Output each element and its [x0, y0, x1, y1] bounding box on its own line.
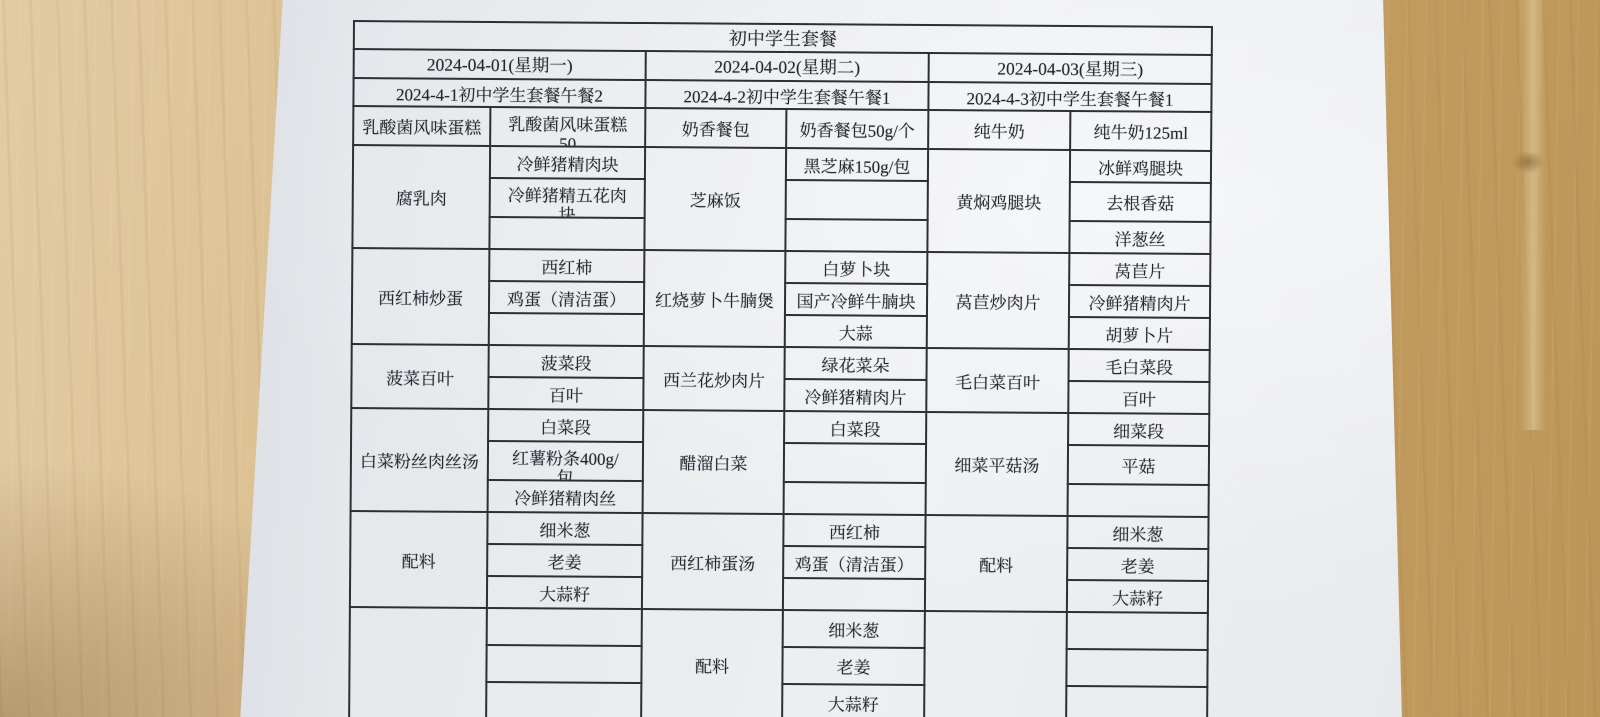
ingredient-cell: 冷鲜猪精肉片	[784, 379, 926, 412]
ingredient-cell: 细米葱	[783, 610, 925, 648]
ingredient-cell	[784, 482, 926, 515]
ingredient-cell: 绿花菜朵	[785, 347, 927, 380]
ingredient-cell: 乳酸菌风味蛋糕 50	[490, 107, 645, 147]
dish-name-cell: 醋溜白菜	[643, 410, 785, 514]
student-meal-menu-table: 初中学生套餐 2024-04-01(星期一) 2024-04-02(星期二) 2…	[348, 20, 1213, 717]
dish-name-cell: 配料	[925, 515, 1068, 612]
wood-knot	[1513, 152, 1543, 172]
ingredient-cell: 国产冷鲜牛腩块	[785, 283, 927, 316]
ingredient-cell: 胡萝卜片	[1069, 317, 1210, 350]
dish-name-cell: 白菜粉丝肉丝汤	[351, 408, 489, 512]
ingredient-cell: 大蒜	[785, 315, 927, 348]
dish-name-cell: 腐乳肉	[352, 145, 490, 249]
ingredient-cell	[486, 682, 641, 717]
day2-date-header: 2024-04-02(星期二)	[646, 51, 929, 82]
ingredient-cell: 平菇	[1068, 445, 1209, 485]
dish-name-cell	[349, 607, 487, 717]
ingredient-cell	[784, 443, 926, 483]
ingredient-cell	[785, 219, 927, 252]
ingredient-cell	[486, 645, 641, 683]
ingredient-cell: 百叶	[488, 377, 643, 410]
dish-name-cell: 菠菜百叶	[351, 344, 488, 409]
ingredient-cell: 老姜	[782, 647, 924, 685]
ingredient-cell: 鸡蛋（清洁蛋）	[783, 546, 925, 579]
dish-name-cell: 细菜平菇汤	[926, 412, 1069, 516]
ingredient-cell: 白萝卜块	[785, 251, 927, 284]
dish-name-cell: 奶香餐包	[645, 108, 786, 148]
ingredient-cell	[1066, 649, 1207, 687]
ingredient-cell	[786, 180, 928, 220]
ingredient-cell: 细米葱	[1067, 516, 1208, 549]
ingredient-cell: 冷鲜猪精肉片	[1069, 285, 1210, 318]
day1-date-header: 2024-04-01(星期一)	[354, 49, 646, 80]
ingredient-cell	[783, 578, 925, 611]
ingredient-cell	[489, 313, 644, 346]
ingredient-cell: 大蒜籽	[782, 684, 924, 717]
day3-date-header: 2024-04-03(星期三)	[929, 53, 1212, 84]
ingredient-cell	[1068, 484, 1209, 517]
dish-name-cell: 莴苣炒肉片	[927, 252, 1070, 349]
dish-name-cell: 西红柿蛋汤	[642, 513, 784, 610]
dish-name-cell: 黄焖鸡腿块	[927, 149, 1070, 253]
dish-name-cell: 毛白菜百叶	[926, 348, 1068, 413]
ingredient-cell: 老姜	[487, 544, 642, 577]
ingredient-cell: 细米葱	[487, 512, 642, 545]
dish-name-cell: 纯牛奶	[928, 110, 1070, 150]
dish-name-cell: 红烧萝卜牛腩煲	[644, 250, 786, 347]
day1-meal-subtitle: 2024-4-1初中学生套餐午餐2	[353, 78, 645, 108]
ingredient-cell: 黑芝麻150g/包	[786, 148, 928, 181]
day3-meal-subtitle: 2024-4-3初中学生套餐午餐1	[928, 82, 1211, 112]
ingredient-cell: 毛白菜段	[1068, 349, 1209, 382]
dish-name-cell: 西兰花炒肉片	[643, 346, 784, 411]
ingredient-cell: 细菜段	[1068, 413, 1209, 446]
ingredient-cell: 奶香餐包50g/个	[786, 109, 928, 149]
menu-table-container: 初中学生套餐 2024-04-01(星期一) 2024-04-02(星期二) 2…	[348, 20, 1213, 717]
ingredient-cell	[489, 217, 644, 250]
dish-name-cell	[924, 611, 1067, 717]
ingredient-cell: 大蒜籽	[487, 576, 642, 609]
ingredient-cell: 菠菜段	[489, 345, 644, 378]
ingredient-cell: 西红柿	[489, 249, 644, 282]
ingredient-cell: 冷鲜猪精肉块	[490, 146, 645, 179]
ingredient-cell: 鸡蛋（清洁蛋）	[489, 281, 644, 314]
dish-name-cell: 西红柿炒蛋	[352, 248, 490, 345]
dish-name-cell: 芝麻饭	[644, 147, 786, 251]
ingredient-cell: 冷鲜猪精肉丝	[488, 480, 643, 513]
ingredient-cell: 大蒜籽	[1067, 580, 1208, 613]
dish-name-cell: 乳酸菌风味蛋糕	[353, 106, 490, 146]
ingredient-cell: 洋葱丝	[1069, 221, 1210, 254]
ingredient-cell: 纯牛奶125ml	[1070, 111, 1211, 151]
ingredient-cell: 冷鲜猪精五花肉 块	[490, 178, 645, 218]
ingredient-cell: 去根香菇	[1070, 182, 1211, 222]
ingredient-cell: 老姜	[1067, 548, 1208, 581]
ingredient-cell	[1066, 686, 1207, 717]
ingredient-cell: 冰鲜鸡腿块	[1070, 150, 1211, 183]
ingredient-cell: 红薯粉条400g/ 包	[488, 441, 643, 481]
ingredient-cell: 西红柿	[783, 514, 925, 547]
ingredient-cell: 莴苣片	[1069, 253, 1210, 286]
ingredient-cell: 百叶	[1068, 381, 1209, 414]
ingredient-cell: 白菜段	[784, 411, 926, 444]
ingredient-cell	[487, 608, 642, 646]
dish-name-cell: 配料	[350, 511, 488, 608]
photo-scene: { "title": "初中学生套餐", "days": [ { "date":…	[0, 0, 1600, 717]
wood-plank-joint	[1520, 0, 1546, 430]
dish-name-cell: 配料	[641, 609, 783, 717]
day2-meal-subtitle: 2024-4-2初中学生套餐午餐1	[645, 80, 928, 110]
ingredient-cell	[1067, 612, 1208, 650]
ingredient-cell: 白菜段	[488, 409, 643, 442]
